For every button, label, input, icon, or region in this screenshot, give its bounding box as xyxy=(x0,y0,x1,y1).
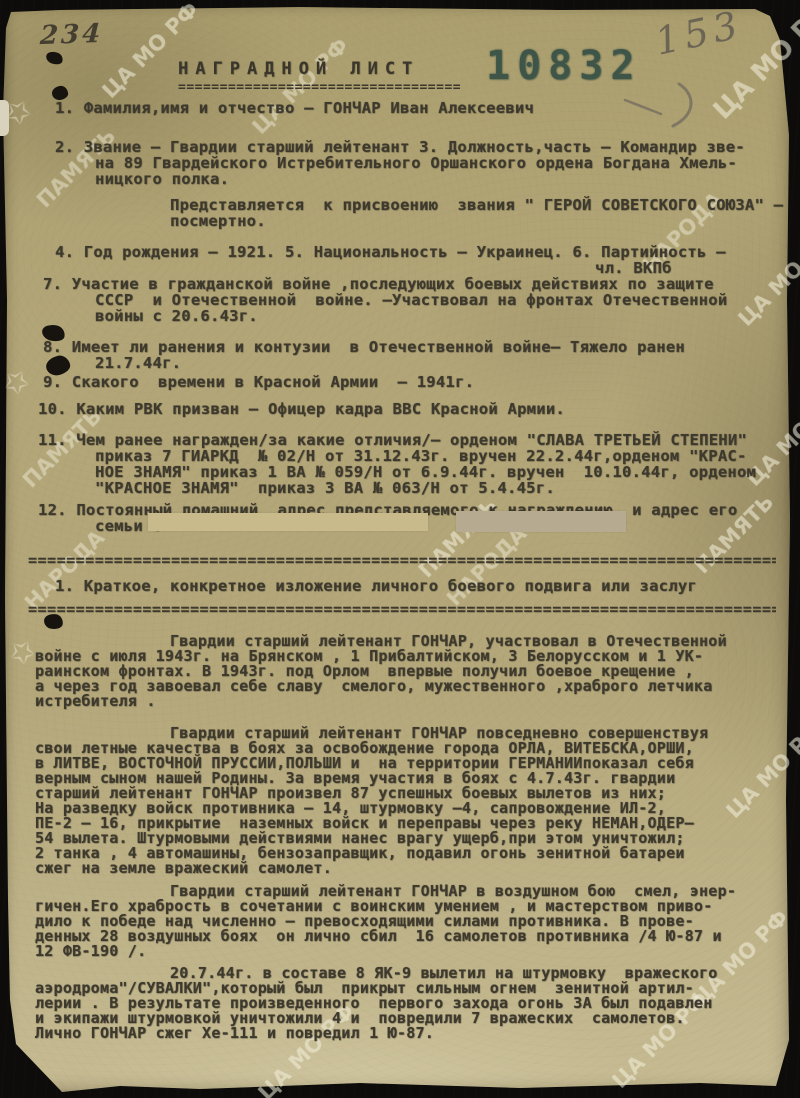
redaction-block xyxy=(456,511,626,532)
document-line: денных 28 воздушных боях он лично сбил 1… xyxy=(35,929,780,944)
body-paragraph-3: Гвардии старший лейтенант ГОНЧАР в возду… xyxy=(35,884,780,959)
section-divider: ========================================… xyxy=(28,602,776,616)
document-line: 21.7.44г. xyxy=(95,355,780,371)
document-line: 4. Год рождения — 1921. 5. Национальност… xyxy=(55,244,780,260)
document-line: сжег на земле вражеский самолет. xyxy=(35,861,780,876)
body-paragraph-1: Гвардии старший лейтенант ГОНЧАР, участв… xyxy=(35,634,780,709)
document-line: 8. Имеет ли ранения и контузии в Отечест… xyxy=(43,339,780,355)
title-underline: ==================================== xyxy=(178,82,460,94)
document-line: приказ 7 ГИАРКД № 02/Н от 31.12.43г. вру… xyxy=(95,448,780,464)
body-paragraph-4: 20.7.44г. в составе 8 ЯК-9 вылетил на шт… xyxy=(35,966,780,1041)
form-item-9: 9. Скакого времени в Красной Армии — 194… xyxy=(35,374,780,390)
form-item-8: 8. Имеет ли ранения и контузии в Отечест… xyxy=(35,339,780,371)
presentation-statement: Представляется к присвоению звания " ГЕР… xyxy=(35,197,780,229)
section-divider: ========================================… xyxy=(28,553,776,567)
body-paragraph-2: Гвардии старший лейтенант ГОНЧАР повседн… xyxy=(35,726,780,876)
torn-edge-patch xyxy=(0,100,9,136)
stamped-registration-number: 10832 xyxy=(486,46,641,86)
document-line: 7. Участие в гражданской войне ,последую… xyxy=(43,276,780,292)
scanned-award-document: ЦА МО РФ ЦА МО РФ НАРОДА ЦА МО РФ ПАМЯТЬ… xyxy=(0,0,800,1098)
form-item-4-6: 4. Год рождения — 1921. 5. Национальност… xyxy=(35,244,780,276)
document-line: чл. ВКПб xyxy=(595,260,780,276)
document-line: 10. Каким РВК призван — Офицер кадра ВВС… xyxy=(38,401,780,417)
document-line: 12 ФВ-190 /. xyxy=(35,944,780,959)
form-item-10: 10. Каким РВК призван — Офицер кадра ВВС… xyxy=(35,401,780,417)
document-line: СССР и Отечественной войне. —Участвовал … xyxy=(95,292,780,308)
document-line: 11. Чем ранее награжден/за какие отличия… xyxy=(38,432,780,448)
section-heading: 1. Краткое, конкретное изложение личного… xyxy=(35,578,780,594)
document-line: Представляется к присвоению звания " ГЕР… xyxy=(170,197,780,213)
handwritten-page-number-left: 234 xyxy=(39,21,104,49)
document-line: 9. Скакого времени в Красной Армии — 194… xyxy=(43,374,780,390)
document-line: Лично ГОНЧАР сжег Хе-111 и повредил 1 Ю-… xyxy=(35,1026,780,1041)
form-item-1: 1. Фамилия,имя и отчество — ГОНЧАР Иван … xyxy=(35,100,780,116)
document-line: ницкого полка. xyxy=(95,171,780,187)
document-line: 2. Звание — Гвардии старший лейтенант 3.… xyxy=(55,139,780,155)
document-title: НАГРАДНОЙ ЛИСТ xyxy=(178,60,419,78)
redaction-block xyxy=(148,513,428,531)
document-line: посмертно. xyxy=(170,213,780,229)
document-line: 1. Фамилия,имя и отчество — ГОНЧАР Иван … xyxy=(55,100,780,116)
document-line: 1. Краткое, конкретное изложение личного… xyxy=(55,578,780,594)
form-item-11: 11. Чем ранее награжден/за какие отличия… xyxy=(35,432,780,496)
form-item-2-3: 2. Звание — Гвардии старший лейтенант 3.… xyxy=(35,139,780,187)
document-line: на 89 Гвардейского Истребительного Оршан… xyxy=(95,155,780,171)
document-line: войны с 20.6.43г. xyxy=(95,308,780,324)
form-item-7: 7. Участие в гражданской войне ,последую… xyxy=(35,276,780,324)
document-line: "КРАСНОЕ ЗНАМЯ" приказ 3 ВА № 063/Н от 5… xyxy=(95,480,780,496)
document-line: истребителя . xyxy=(35,694,780,709)
document-line: НОЕ ЗНАМЯ" приказ 1 ВА № 059/Н от 6.9.44… xyxy=(95,464,780,480)
